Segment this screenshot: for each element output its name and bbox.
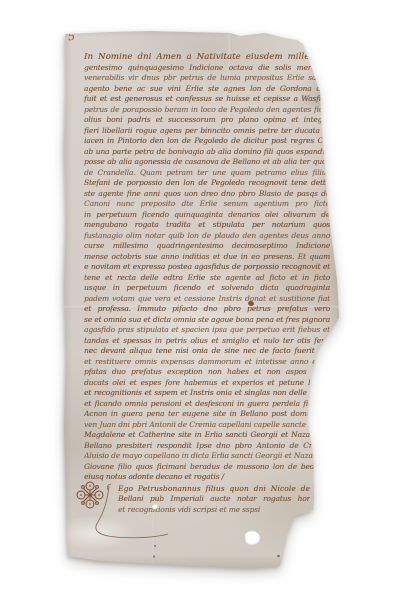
ink-speck: [153, 555, 155, 558]
notary-line: Ego Petrusbonannus filius quon dni Nicol…: [118, 484, 310, 494]
notarial-signum-icon: [76, 480, 104, 510]
manuscript-line: ab una parte petra de bonivagio ab alia …: [84, 147, 330, 158]
manuscript-line: nec devant aliqua tene nisi onia de sine…: [84, 346, 330, 357]
manuscript-text-block: In Nomine dni Amen a Nativitate eiusdem …: [84, 52, 330, 483]
manuscript-line: Stefani de porpossio den lon de Pegoledo…: [84, 178, 330, 189]
folio-number: 5: [67, 30, 76, 44]
manuscript-line: Aluisio de mayo capellano in dicta Erlia…: [84, 451, 330, 462]
ink-speck: [277, 555, 280, 557]
manuscript-line: usque in perpetuum ficendo et solvendo d…: [84, 283, 330, 294]
manuscript-line: se et omnia sua et dicta omnia ste agoue…: [84, 315, 330, 326]
manuscript-line: eiusq notus adonte decano et rogatis /: [84, 472, 330, 483]
manuscript-line: tene et recta delle edtra Erlie ste agen…: [84, 273, 330, 284]
manuscript-line: agasfido pras stipulata et spacien ipsa …: [84, 325, 330, 336]
manuscript-line: venerabilis vir dnus pbr petrus de lumia…: [84, 73, 330, 84]
manuscript-line: gentesimo quinquagesimo Indicione octava…: [84, 63, 330, 74]
notary-line: et recognitionis vidi scripsi et me ssps…: [118, 505, 268, 515]
manuscript-line: et recognitionis et sspem et Instris oni…: [84, 388, 330, 399]
manuscript-line: mengubano rogata tradita et stipulata pe…: [84, 220, 330, 231]
manuscript-line: ste agente fine anni quos uon dreo dno p…: [84, 189, 330, 200]
manuscript-line: et professa. Immuto pifacto dno pbro pet…: [84, 304, 330, 315]
manuscript-line: iacen in Pintorio den lon de Pegoledo de…: [84, 136, 330, 147]
photo-backdrop: 5 In Nomine dni Amen a Nativitate eiusde…: [0, 0, 399, 599]
manuscript-line: pfatas duo prefatus exception non habes …: [84, 367, 330, 378]
manuscript-line: In Nomine dni Amen a Nativitate eiusdem …: [84, 52, 330, 63]
photo: { "colors": { "photo_background": "#ffff…: [0, 0, 399, 599]
parchment-hole-large: [244, 529, 261, 546]
manuscript-line: fieri libellarii rogue agens per binncit…: [84, 126, 330, 137]
manuscript-line: mense octobris sue anno inditias et due …: [84, 252, 330, 263]
parchment: 5 In Nomine dni Amen a Nativitate eiusde…: [64, 28, 340, 569]
manuscript-line: Giovane filio quos ficimani beradus de m…: [84, 462, 330, 473]
manuscript-line: Bellano presbiteri respondit Ipse dno pb…: [84, 441, 330, 452]
notary-line: Bellani pub Imperiali aucte notar rogatu…: [118, 494, 310, 504]
manuscript-line: Acnon in guera pena ter eugene site in B…: [84, 409, 330, 420]
manuscript-line: petrus de porapossio beram in loco de Pe…: [84, 105, 330, 116]
manuscript-line: de Crandella. Quam petram ter une quam p…: [84, 168, 330, 179]
manuscript-line: padem votam que vera et cessione Instris…: [84, 294, 330, 305]
manuscript-line: agento bene ac sue vini Erlie ste agnes …: [84, 84, 330, 95]
manuscript-line: ven Juan dni pbri Antonii de Cremia cape…: [84, 420, 330, 431]
manuscript-line: olius boni padris et successorum pro pla…: [84, 115, 330, 126]
manuscript-line: fuit et est generosus et confessus se hu…: [84, 94, 330, 105]
manuscript-line: et ficando omnia pensioni et desfesconi …: [84, 399, 330, 410]
parchment-hole-small: [152, 504, 158, 509]
manuscript-line: tandas et spessas in petris olius et smi…: [84, 336, 330, 347]
manuscript-line: ducats olei et espes fore habemus et exp…: [84, 378, 330, 389]
manuscript-line: Canoni nunc preposito dte Erlie senum ag…: [84, 199, 330, 210]
manuscript-line: in perpetuum ficendo quinquaginta denari…: [84, 210, 330, 221]
manuscript-line: e novitam et expressa postea agasfidus d…: [84, 262, 330, 273]
manuscript-line: posse ab alia agonessia de casanova de B…: [84, 157, 330, 168]
manuscript-line: curse millesimo quadringentesimo decimos…: [84, 241, 330, 252]
parchment-shadow-wrap: 5 In Nomine dni Amen a Nativitate eiusde…: [64, 28, 340, 569]
manuscript-line: fustanagio olim notar quib lon de plaudo…: [84, 231, 330, 242]
notary-subscription-block: Ego Petrusbonannus filius quon dni Nicol…: [118, 484, 310, 515]
manuscript-line: et restituere omnis expensas dammorum et…: [84, 357, 330, 368]
ink-speck: [154, 545, 156, 547]
manuscript-line: Magdalene et Catherine site in Erlia san…: [84, 430, 330, 441]
